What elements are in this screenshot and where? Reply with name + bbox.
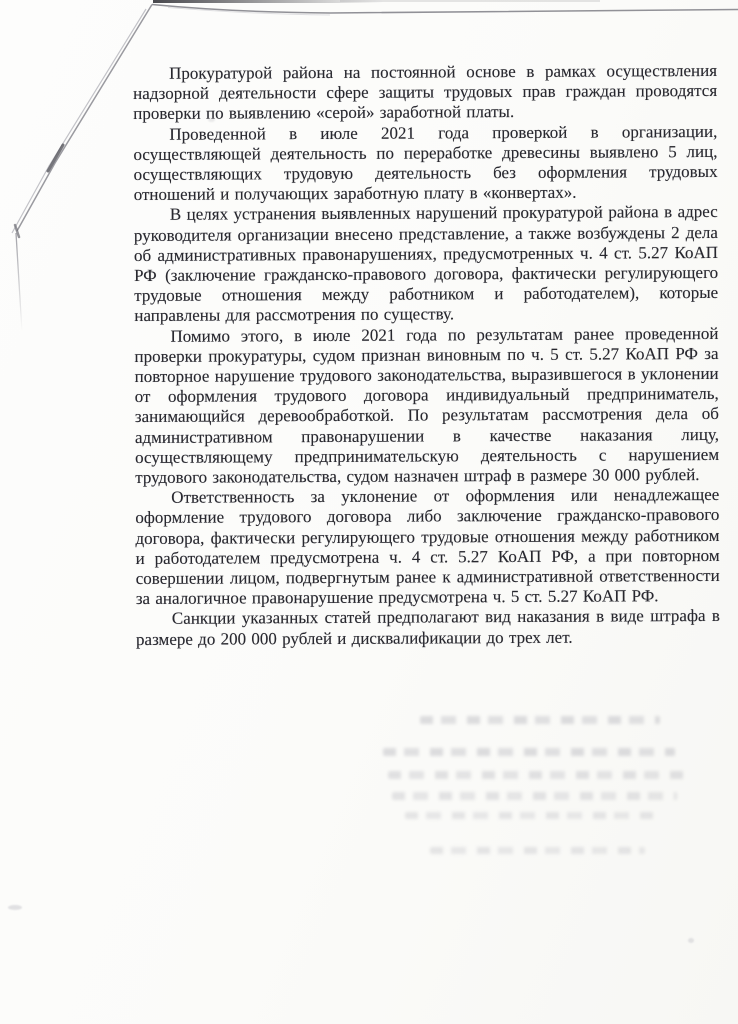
- document-body: Прокуратурой района на постоянной основе…: [133, 61, 720, 650]
- bleedthrough-line: [388, 771, 688, 779]
- page-top-edge: [152, 5, 738, 14]
- bleedthrough-line: [420, 716, 660, 724]
- scan-speck: [8, 905, 22, 910]
- paragraph-4: Помимо этого, в июле 2021 года по резуль…: [134, 324, 719, 489]
- page-corner-fold: [17, 5, 152, 232]
- paragraph-3: В целях устранения выявленных нарушений …: [134, 202, 719, 326]
- bleedthrough-line: [430, 847, 645, 854]
- scanner-gap-strip: [153, 0, 383, 3]
- scanned-page: Прокуратурой района на постоянной основе…: [0, 0, 738, 1024]
- scan-speck: [208, 118, 215, 122]
- paragraph-6: Санкции указанных статей предполагают ви…: [136, 606, 720, 649]
- paragraph-5: Ответственность за уклонение от оформлен…: [135, 485, 720, 609]
- scan-speck: [688, 938, 694, 943]
- paragraph-2: Проведенной в июле 2021 года проверкой в…: [133, 122, 717, 206]
- bleedthrough-line: [405, 812, 655, 819]
- paragraph-1: Прокуратурой района на постоянной основе…: [133, 61, 717, 125]
- bleedthrough-line: [392, 792, 677, 800]
- bleedthrough-line: [383, 748, 675, 756]
